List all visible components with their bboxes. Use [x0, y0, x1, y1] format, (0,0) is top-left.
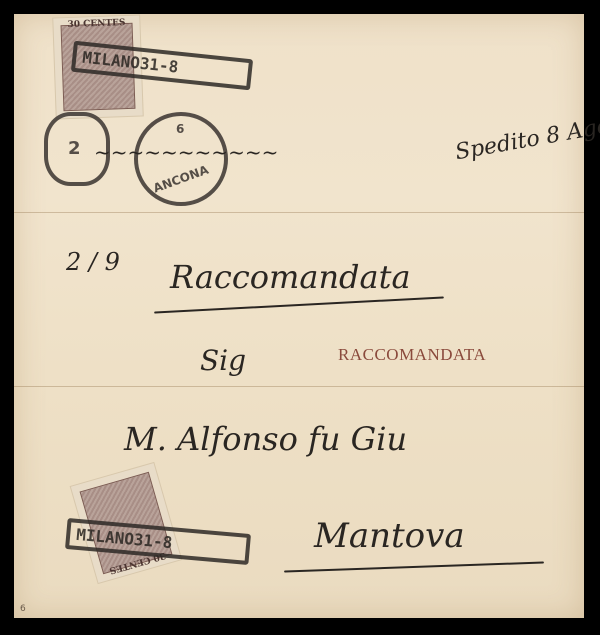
fold-line: [14, 212, 584, 213]
manuscript-sig: Sig: [200, 344, 246, 377]
manuscript-top-right: Spedito 8 Agosto: [453, 108, 600, 166]
manuscript-city: Mantova: [314, 516, 465, 556]
manuscript-raccomandata: Raccomandata: [170, 258, 411, 296]
manuscript-line: ~~~~~~~~~~~: [94, 140, 278, 164]
letter-cover: 30 CENTES MILANO31-8 2 6 ANCONA ~~~~~~~~…: [14, 14, 584, 618]
manuscript-fraction: 2 / 9: [66, 248, 120, 276]
underline: [154, 296, 444, 313]
fold-line: [14, 386, 584, 387]
corner-mark: 6: [20, 604, 26, 614]
raccomandata-handstamp: RACCOMANDATA: [338, 345, 486, 365]
underline: [284, 561, 544, 572]
manuscript-addressee: M. Alfonso fu Giu: [124, 420, 407, 458]
